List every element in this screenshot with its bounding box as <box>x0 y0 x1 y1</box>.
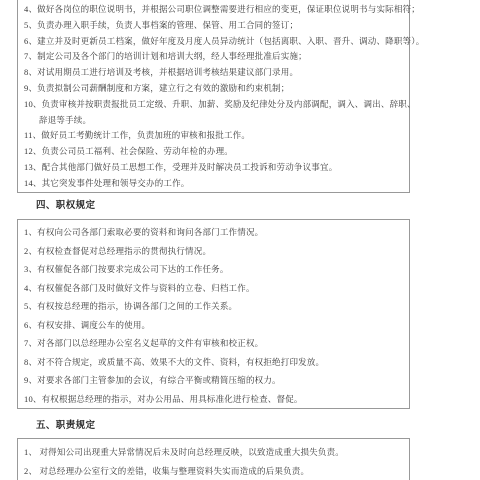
list-item: 12、负责公司员工福利、社会保险、劳动年检的办理。 <box>18 144 409 160</box>
section-heading-responsibility: 五、职责规定 <box>36 420 95 432</box>
list-item: 7、对各部门以总经理办公室名义起草的文件有审核和校正权。 <box>18 334 409 353</box>
list-item: 7、制定公司及各个部门的培训计划和培训大纲，经人事经理批准后实施； <box>18 49 409 65</box>
list-item: 9、对要求各部门主管参加的会议，有综合平衡或精简压缩的权力。 <box>18 371 409 390</box>
list-item: 2、 对总经理办公室行文的差错，收集与整理资料失实而造成的后果负责。 <box>18 462 409 480</box>
duties-table: 4、做好各岗位的职位说明书，并根据公司职位调整需要进行相应的变更，保证职位说明书… <box>17 0 410 193</box>
list-item: 14、其它突发事件处理和领导交办的工作。 <box>18 176 409 192</box>
list-item-continuation: 辞退等手续。 <box>33 113 409 129</box>
list-item: 10、负责审核并按职责报批员工定级、升职、加薪、奖励及纪律处分及内部调配，调入、… <box>18 97 409 113</box>
list-item: 8、对不符合规定，或质量不高、效果不大的文件、资料，有权拒绝打印发放。 <box>18 353 409 372</box>
list-item: 9、负责拟制公司薪酬制度和方案，建立行之有效的激励和约束机制； <box>18 81 409 97</box>
list-item: 8、对试用期员工进行培训及考核，并根据培训考核结果建议部门录用。 <box>18 65 409 81</box>
list-item: 11、做好员工考勤统计工作，负责加班的审核和报批工作。 <box>18 128 409 144</box>
authority-table: 1、有权向公司各部门索取必要的资料和询问各部门工作情况。 2、有权检查督促对总经… <box>17 219 410 409</box>
document-page: 4、做好各岗位的职位说明书，并根据公司职位调整需要进行相应的变更，保证职位说明书… <box>0 0 480 480</box>
list-item: 5、有权按总经理的指示，协调各部门之间的工作关系。 <box>18 297 409 316</box>
list-item: 5、负责办理入职手续，负责人事档案的管理、保管、用工合同的签订； <box>18 18 409 34</box>
list-item: 4、做好各岗位的职位说明书，并根据公司职位调整需要进行相应的变更，保证职位说明书… <box>18 2 409 18</box>
list-item: 1、有权向公司各部门索取必要的资料和询问各部门工作情况。 <box>18 223 409 242</box>
section-heading-authority: 四、职权规定 <box>36 200 95 212</box>
list-item: 6、有权安排、调度公车的使用。 <box>18 316 409 335</box>
list-item: 3、有权催促各部门按要求完成公司下达的工作任务。 <box>18 260 409 279</box>
list-item: 10、有权根据总经理的指示，对办公用品、用具标准化进行检查、督促。 <box>18 390 409 409</box>
list-item: 1、 对得知公司出现重大异常情况后未及时向总经理反映，以致造成重大损失负责。 <box>18 443 409 462</box>
list-item: 13、配合其他部门做好员工思想工作，受理并及时解决员工投诉和劳动争议事宜。 <box>18 160 409 176</box>
responsibility-table: 1、 对得知公司出现重大异常情况后未及时向总经理反映，以致造成重大损失负责。 2… <box>17 438 410 480</box>
list-item: 2、有权检查督促对总经理指示的贯彻执行情况。 <box>18 242 409 261</box>
list-item: 6、建立并及时更新员工档案，做好年度及月度人员异动统计（包括离职、入职、晋升、调… <box>18 34 409 50</box>
list-item: 4、有权催促各部门及时做好文件与资料的立卷、归档工作。 <box>18 279 409 298</box>
